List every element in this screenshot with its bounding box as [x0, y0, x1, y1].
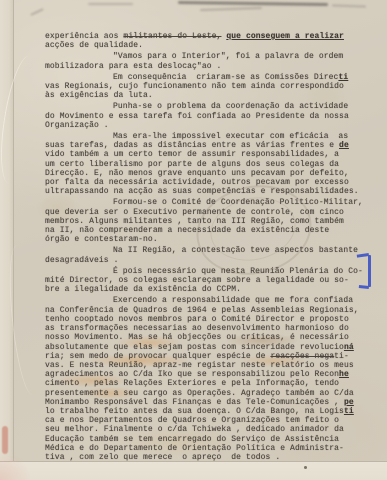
page-corner-tint — [0, 452, 30, 480]
text-line: bre a ilegalidade da existência do CCPM. — [45, 285, 365, 294]
text-line: tenho cooptado novos membros para o Comi… — [45, 315, 365, 324]
text-line: na Conferência de Quadros de 1964 e pela… — [45, 306, 365, 315]
text-line: mobilizadora para esta deslocaç"ao . — [45, 62, 365, 71]
paragraph: "Vamos para o Interior", foi a palavra d… — [45, 52, 365, 70]
text-line: cimento , pelas Relações Exteriores e pe… — [45, 379, 365, 388]
paragraph: Exercendo a responsabilidade que me fora… — [45, 296, 365, 462]
text-line: seu melhor. Finalmente o c/da Tchiweka ,… — [45, 425, 365, 434]
text-block: experiência aos militantes do Leste, que… — [45, 32, 365, 462]
text-line: Médica e do Departamento de Orientação P… — [45, 444, 365, 453]
underlined-text: ná — [344, 343, 354, 352]
underlined-text: ti — [338, 73, 348, 82]
text-line: por falta da necessária actividade, outr… — [45, 178, 365, 187]
page-left-edge — [0, 0, 14, 480]
text-line: Punha-se o problema da coordenação da ac… — [45, 102, 365, 111]
text-line: Monimambo Responsável das Finanças e das… — [45, 398, 365, 407]
ink-speck — [304, 466, 307, 469]
paragraph: Punha-se o problema da coordenação da ac… — [45, 102, 365, 130]
text-line: agradecimentos ao C/da Iko que se respon… — [45, 370, 365, 379]
text-line: desagradáveis . — [45, 256, 365, 265]
underlined-text: pe — [344, 398, 354, 407]
text-line: mité Director, os colegas esclareçam sob… — [45, 276, 365, 285]
text-line: Em consequência criaram-se as Comissões … — [45, 73, 365, 82]
text-line: Exercendo a responsabilidade que me fora… — [45, 296, 365, 305]
paragraph: Mas era-lhe impossivel executar com efic… — [45, 132, 365, 196]
paragraph: experiência aos militantes do Leste, que… — [45, 32, 365, 50]
text-line: Organização . — [45, 121, 365, 130]
red-edge-mark — [2, 426, 8, 454]
underlined-text: he — [339, 370, 349, 379]
underlined-text: ti — [344, 407, 354, 416]
scanner-smudge — [332, 4, 366, 7]
text-line: Educação também se tem encarregado do Se… — [45, 435, 365, 444]
scanner-smudge — [200, 7, 262, 11]
text-line: "Vamos para o Interior", foi a palavra d… — [45, 52, 365, 61]
text-line: vido também a um certo temor de assumir … — [45, 150, 365, 159]
text-line: as transformações necessarias ao desenvo… — [45, 324, 365, 333]
text-line: vas Regionais, cujo funcionamento não te… — [45, 82, 365, 91]
text-line: acções de qualidade. — [45, 41, 365, 50]
text-line: do Movimento e essa tarefa foi confiada … — [45, 112, 365, 121]
underlined-text: que conseguem a realizar — [226, 32, 344, 41]
text-line: suas tarefas, dadas as distâncias entre … — [45, 141, 365, 150]
text-line: ria; sem medo de provocar qualquer espéc… — [45, 352, 365, 361]
text-line: Na II Região, a contestação teve aspecto… — [45, 246, 365, 255]
text-line: vas. E nesta Reunião, apraz-me registar … — [45, 361, 365, 370]
text-line: Formou-se o Comité de Coordenação Políti… — [45, 198, 365, 207]
text-line: membros. Alguns militantes , tanto na II… — [45, 217, 365, 226]
paragraph: Formou-se o Comité de Coordenação Políti… — [45, 198, 365, 244]
text-line: ca e nos Departamentos de Quadros e Orga… — [45, 416, 365, 425]
paragraph: Em consequência criaram-se as Comissões … — [45, 73, 365, 101]
text-line: um certo liberalismo por parte de alguns… — [45, 160, 365, 169]
text-line: ultrapassando na acção as suas competênc… — [45, 187, 365, 196]
scanner-smudge — [88, 3, 133, 5]
text-line: na II, não compreenderam a necessidade d… — [45, 226, 365, 235]
scanner-smudge — [178, 1, 328, 6]
document-page: experiência aos militantes do Leste, que… — [0, 0, 387, 480]
text-line: órgão e contestaram-no. — [45, 235, 365, 244]
text-line: lo trabalho feito antes da sua doença. O… — [45, 407, 365, 416]
struck-text: militantes do Leste, — [123, 32, 221, 41]
text-line: Direcção. E, não menos grave enquanto un… — [45, 169, 365, 178]
pencil-mark — [30, 8, 44, 16]
page-bottom-edge — [0, 461, 387, 480]
paragraph: Na II Região, a contestação teve aspecto… — [45, 246, 365, 264]
text-line: nosso Movimento. Mas se há objecções ou … — [45, 333, 365, 342]
text-line: experiência aos militantes do Leste, que… — [45, 32, 365, 41]
underlined-text: de — [339, 141, 349, 150]
text-line: É pois necessário que nesta Reunião Plen… — [45, 267, 365, 276]
paragraph: É pois necessário que nesta Reunião Plen… — [45, 267, 365, 295]
text-line: Mas era-lhe impossivel executar com efic… — [45, 132, 365, 141]
text-line: que deveria ser o Executivo permanente d… — [45, 208, 365, 217]
text-line: absolutamente que elas sejam postas com … — [45, 343, 365, 352]
text-line: às exigências da luta. — [45, 91, 365, 100]
struck-text: reacções nega — [270, 352, 334, 361]
text-line: presentemente a seu cargo as Operações. … — [45, 389, 365, 398]
